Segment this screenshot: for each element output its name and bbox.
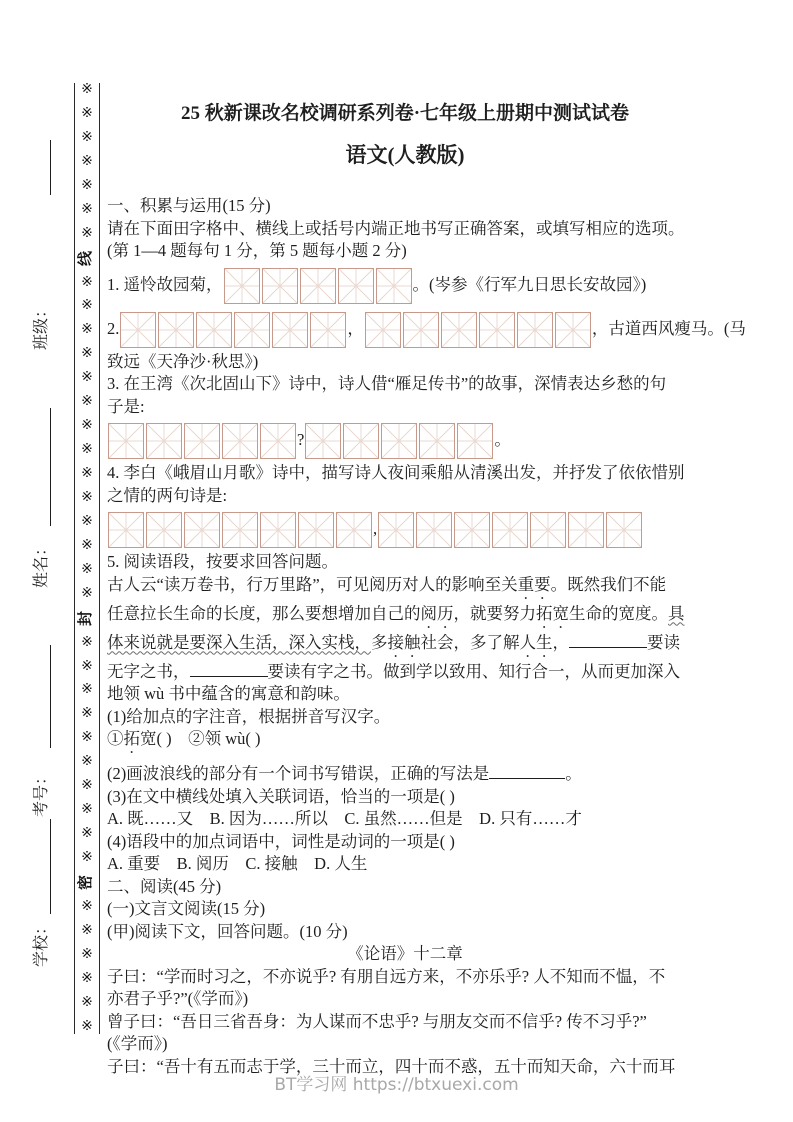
tianzige-answer-box (146, 423, 182, 459)
text-run: 社会，多了解 (421, 633, 520, 652)
seal-symbol: ※ (81, 491, 93, 505)
tianzige-answer-box (222, 423, 258, 459)
tianzige-answer-box (376, 268, 412, 304)
seal-symbol: ※ (81, 131, 93, 145)
tianzige-answer-box (196, 312, 232, 348)
content-line: 子是: (107, 396, 703, 419)
text-run: A. 既……又 B. 因为……所以 C. 虽然……但是 D. 只有……才 (107, 809, 582, 828)
text-run: 。既然我们不能 (551, 575, 667, 594)
content-line: 古人云“读万卷书，行万里路”，可见阅历对人的影响至关重要。既然我们不能 (107, 574, 703, 603)
content-line: (一)文言文阅读(15 分) (107, 898, 703, 921)
seal-symbol: ※ (81, 587, 93, 601)
tianzige-answer-box (479, 312, 515, 348)
tianzige-answer-box (108, 423, 144, 459)
tianzige-answer-box (403, 312, 439, 348)
content-line: 1. 遥怜故园菊，。(岑参《行军九日思长安故园》) (107, 263, 703, 307)
answer-blank-line (569, 632, 647, 648)
content-line: 4. 李白《峨眉山月歌》诗中，描写诗人夜间乘船从清溪出发，并抒发了依依惜别 (107, 462, 703, 485)
tianzige-answer-box (441, 312, 477, 348)
text-run: 要读有字之书。做到学以致用、知行合一，从而更加深入 (268, 662, 681, 681)
tianzige-answer-box (224, 268, 260, 304)
tianzige-answer-box (530, 512, 566, 548)
seal-symbol: ※ (81, 803, 93, 817)
text-run: 请在下面田字格中、横线上或括号内端正地书写正确答案，或填写相应的选项。 (107, 219, 685, 238)
seal-symbol: ※ (81, 851, 93, 865)
tianzige-answer-box (298, 512, 334, 548)
tianzige-answer-box (108, 512, 144, 548)
tianzige-answer-box (365, 312, 401, 348)
answer-blank-line (190, 661, 268, 677)
text-run: (2)画波浪线的部分有一个词书写错误，正确的写法是 (107, 764, 489, 783)
paper-subtitle: 语文(人教版) (107, 141, 703, 169)
content-line: A. 重要 B. 阅历 C. 接触 D. 人生 (107, 853, 703, 876)
content-line: (第 1—4 题每句 1 分，第 5 题每小题 2 分) (107, 240, 703, 263)
exam-lines: 一、积累与运用(15 分)请在下面田字格中、横线上或括号内端正地书写正确答案，或… (107, 195, 703, 1078)
content-line: 之情的两句诗是: (107, 485, 703, 508)
tianzige-answer-box (517, 312, 553, 348)
text-run: (甲)阅读下文，回答问题。(10 分) (107, 922, 348, 941)
text-run: 古人云“读万卷书，行万里路”，可见阅历对人的影响至关 (107, 575, 518, 594)
content-line: 任意拉长生命的长度，那么要想增加自己的阅历，就要努力拓宽生命的宽度。具 (107, 603, 703, 632)
tianzige-answer-box (555, 312, 591, 348)
text-run: 。 (494, 430, 511, 449)
seal-symbol: ※ (81, 347, 93, 361)
text-run: ， (347, 319, 364, 338)
tianzige-answer-box (272, 312, 308, 348)
tianzige-answer-box (338, 268, 374, 304)
seal-symbol: ※ (81, 924, 93, 938)
text-run: 2. (107, 319, 119, 338)
class-blank-line (35, 140, 51, 195)
text-run: ， (553, 633, 570, 652)
emphasized-dotted-text: 接触 (388, 633, 421, 652)
tianzige-answer-box (457, 423, 493, 459)
text-run: 子曰：“学而时习之，不亦说乎? 有朋自远方来，不亦乐乎? 人不知而不愠，不 (107, 967, 665, 986)
name-blank-line (35, 408, 51, 526)
school-blank-line (35, 819, 51, 914)
tianzige-answer-box (378, 512, 414, 548)
content-line: 体来说就是要深入生活，深入实栈，多接触社会，多了解人生，要读 (107, 632, 703, 661)
text-run: 无字之书， (107, 662, 190, 681)
seal-symbol: ※ (81, 972, 93, 986)
content-line: 致远《天净沙·秋思》) (107, 351, 703, 374)
emphasized-dotted-text: 人生 (520, 633, 553, 652)
seal-symbol: ※ (81, 779, 93, 793)
emphasized-dotted-text: 重要 (518, 575, 551, 594)
text-run: 5. 阅读语段，按要求回答问题。 (107, 552, 338, 571)
seal-symbol: ※ (81, 515, 93, 529)
seal-symbol: ※ (81, 636, 93, 650)
content-line: 曾子曰：“吾日三省吾身：为人谋而不忠乎? 与朋友交而不信乎? 传不习乎?” (107, 1011, 703, 1034)
text-run: (1)给加点的字注音，根据拼音写汉字。 (107, 707, 390, 726)
content-line: (4)语段中的加点词语中，词性是动词的一项是( ) (107, 831, 703, 854)
content-line: ?。 (107, 418, 703, 462)
content-line: A. 既……又 B. 因为……所以 C. 虽然……但是 D. 只有……才 (107, 808, 703, 831)
seal-symbol: ※ (81, 731, 93, 745)
tianzige-answer-box (336, 512, 372, 548)
exam-number-blank-line (35, 645, 51, 748)
exam-number-label: 考号： (28, 769, 51, 817)
school-label: 学校： (28, 919, 51, 967)
seal-symbol: ※ (81, 1020, 93, 1034)
seal-symbol: ※ (81, 179, 93, 193)
content-line: (甲)阅读下文，回答问题。(10 分) (107, 921, 703, 944)
seal-symbol: ※ (81, 683, 93, 697)
tianzige-answer-box (260, 512, 296, 548)
text-run: 4. 李白《峨眉山月歌》诗中，描写诗人夜间乘船从清溪出发，并抒发了依依惜别 (107, 463, 685, 482)
exam-content: 25 秋新课改名校调研系列卷·七年级上册期中测试试卷 语文(人教版) 一、积累与… (107, 95, 703, 1078)
content-line: ①拓宽( ) ②领 wù( ) (107, 728, 703, 757)
emphasized-dotted-text: 拓宽 (536, 604, 569, 623)
seal-symbol: ※ (81, 563, 93, 577)
text-run: (4)语段中的加点词语中，词性是动词的一项是( ) (107, 832, 455, 851)
text-run: 生命的宽度。 (569, 604, 668, 623)
text-run: ? (297, 430, 304, 449)
seal-symbol: ※ (81, 996, 93, 1010)
seal-symbol: ※ (81, 299, 93, 313)
seal-symbol: ※ (81, 155, 93, 169)
tianzige-answer-box (305, 423, 341, 459)
tianzige-answer-box (184, 512, 220, 548)
tianzige-answer-box (454, 512, 490, 548)
seal-char: 密 (79, 875, 94, 890)
tianzige-answer-box (222, 512, 258, 548)
text-run: 多 (371, 633, 388, 652)
text-run: , (373, 519, 377, 538)
text-run: 。(岑参《行军九日思长安故园》) (413, 275, 647, 294)
seal-symbol: ※ (81, 539, 93, 553)
text-run: 曾子曰：“吾日三省吾身：为人谋而不忠乎? 与朋友交而不信乎? 传不习乎?” (107, 1012, 647, 1031)
tianzige-answer-box (146, 512, 182, 548)
seal-symbol: ※ (81, 900, 93, 914)
content-line: 地领 wù 书中蕴含的寓意和韵味。 (107, 683, 703, 706)
text-run: A. 重要 B. 阅历 C. 接触 D. 人生 (107, 854, 367, 873)
text-run: 一、积累与运用(15 分) (107, 196, 271, 215)
seal-symbol: ※ (81, 371, 93, 385)
text-run: 致远《天净沙·秋思》) (107, 352, 258, 371)
text-run: 《论语》十二章 (347, 944, 463, 963)
content-line: 2.，，古道西风瘦马。(马 (107, 307, 703, 351)
text-run: 1. 遥怜故园菊， (107, 275, 223, 294)
text-run: (《学而》) (107, 1034, 168, 1053)
tianzige-answer-box (606, 512, 642, 548)
text-run: 地领 wù 书中蕴含的寓意和韵味。 (107, 684, 350, 703)
seal-symbol: ※ (81, 443, 93, 457)
text-run: 之情的两句诗是: (107, 486, 227, 505)
content-line: 5. 阅读语段，按要求回答问题。 (107, 551, 703, 574)
content-line: 无字之书，要读有字之书。做到学以致用、知行合一，从而更加深入 (107, 661, 703, 684)
seal-column: ※※※※※※※线※※※※※※※※※※※※※※封※※※※※※※※※※密※※※※※※ (74, 83, 100, 1034)
seal-symbol: ※ (81, 660, 93, 674)
exam-paper-page: ※※※※※※※线※※※※※※※※※※※※※※封※※※※※※※※※※密※※※※※※… (0, 0, 793, 1122)
name-label: 姓名： (28, 540, 51, 588)
text-run: 。 (565, 764, 582, 783)
answer-blank-line (489, 763, 565, 779)
content-line: , (107, 507, 703, 551)
tianzige-answer-box (492, 512, 528, 548)
tianzige-answer-box (310, 312, 346, 348)
text-run: 亦君子乎?”(《学而》) (107, 989, 248, 1008)
content-line: (3)在文中横线处填入关联词语，恰当的一项是( ) (107, 786, 703, 809)
text-run: ，就要努力 (454, 604, 537, 623)
content-line: 请在下面田字格中、横线上或括号内端正地书写正确答案，或填写相应的选项。 (107, 218, 703, 241)
content-line: 一、积累与运用(15 分) (107, 195, 703, 218)
watermark-footer: BT学习网 https://btxuexi.com (0, 1070, 793, 1095)
tianzige-answer-box (260, 423, 296, 459)
seal-char: 线 (79, 251, 94, 266)
text-run: 要读 (647, 633, 680, 652)
text-run: (3)在文中横线处填入关联词语，恰当的一项是( ) (107, 787, 455, 806)
content-line: 3. 在王湾《次北固山下》诗中，诗人借“雁足传书”的故事，深情表达乡愁的句 (107, 373, 703, 396)
exam-number-field: 考号： (29, 645, 51, 817)
content-line: 亦君子乎?”(《学而》) (107, 988, 703, 1011)
text-run: 子是: (107, 397, 145, 416)
paper-title: 25 秋新课改名校调研系列卷·七年级上册期中测试试卷 (107, 101, 703, 127)
tianzige-answer-box (120, 312, 156, 348)
seal-symbol: ※ (81, 467, 93, 481)
seal-symbol: ※ (81, 83, 93, 97)
class-field: 班级： (29, 140, 51, 350)
content-line: (1)给加点的字注音，根据拼音写汉字。 (107, 706, 703, 729)
text-run: 二、阅读(45 分) (107, 877, 221, 896)
wavy-underlined-text: 具 (668, 604, 685, 623)
seal-symbol: ※ (81, 203, 93, 217)
school-field: 学校： (29, 819, 51, 967)
seal-symbol: ※ (81, 755, 93, 769)
text-run: 3. 在王湾《次北固山下》诗中，诗人借“雁足传书”的故事，深情表达乡愁的句 (107, 374, 666, 393)
seal-symbol: ※ (81, 227, 93, 241)
tianzige-answer-box (300, 268, 336, 304)
text-run: (一)文言文阅读(15 分) (107, 899, 265, 918)
content-line: (2)画波浪线的部分有一个词书写错误，正确的写法是。 (107, 763, 703, 786)
text-run: ，古道西风瘦马。(马 (592, 319, 746, 338)
tianzige-answer-box (381, 423, 417, 459)
tianzige-answer-box (262, 268, 298, 304)
tianzige-answer-box (568, 512, 604, 548)
wavy-underlined-text: 体来说就是要深入生活，深入实栈， (107, 633, 371, 652)
content-line: 《论语》十二章 (107, 943, 703, 966)
tianzige-answer-box (158, 312, 194, 348)
content-line: 二、阅读(45 分) (107, 876, 703, 899)
text-run: (第 1—4 题每句 1 分，第 5 题每小题 2 分) (107, 241, 407, 260)
tianzige-answer-box (343, 423, 379, 459)
emphasized-dotted-text: 拓 (124, 729, 141, 748)
emphasized-dotted-text: 阅历 (421, 604, 454, 623)
seal-symbol: ※ (81, 107, 93, 121)
tianzige-answer-box (416, 512, 452, 548)
content-line: 子曰：“学而时习之，不亦说乎? 有朋自远方来，不亦乐乎? 人不知而不愠，不 (107, 966, 703, 989)
seal-symbol: ※ (81, 323, 93, 337)
tianzige-answer-box (234, 312, 270, 348)
text-run: 宽( ) ②领 wù( ) (140, 729, 261, 748)
seal-symbol: ※ (81, 419, 93, 433)
seal-symbol: ※ (81, 395, 93, 409)
name-field: 姓名： (29, 408, 51, 588)
class-label: 班级： (28, 302, 51, 350)
seal-symbol: ※ (81, 707, 93, 721)
text-run: 任意拉长生命的长度，那么要想增加自己的 (107, 604, 421, 623)
tianzige-answer-box (419, 423, 455, 459)
content-line: (《学而》) (107, 1033, 703, 1056)
tianzige-answer-box (184, 423, 220, 459)
seal-symbol: ※ (81, 827, 93, 841)
seal-symbol: ※ (81, 948, 93, 962)
text-run: ① (107, 729, 124, 748)
seal-char: 封 (79, 611, 94, 626)
seal-symbol: ※ (81, 276, 93, 290)
